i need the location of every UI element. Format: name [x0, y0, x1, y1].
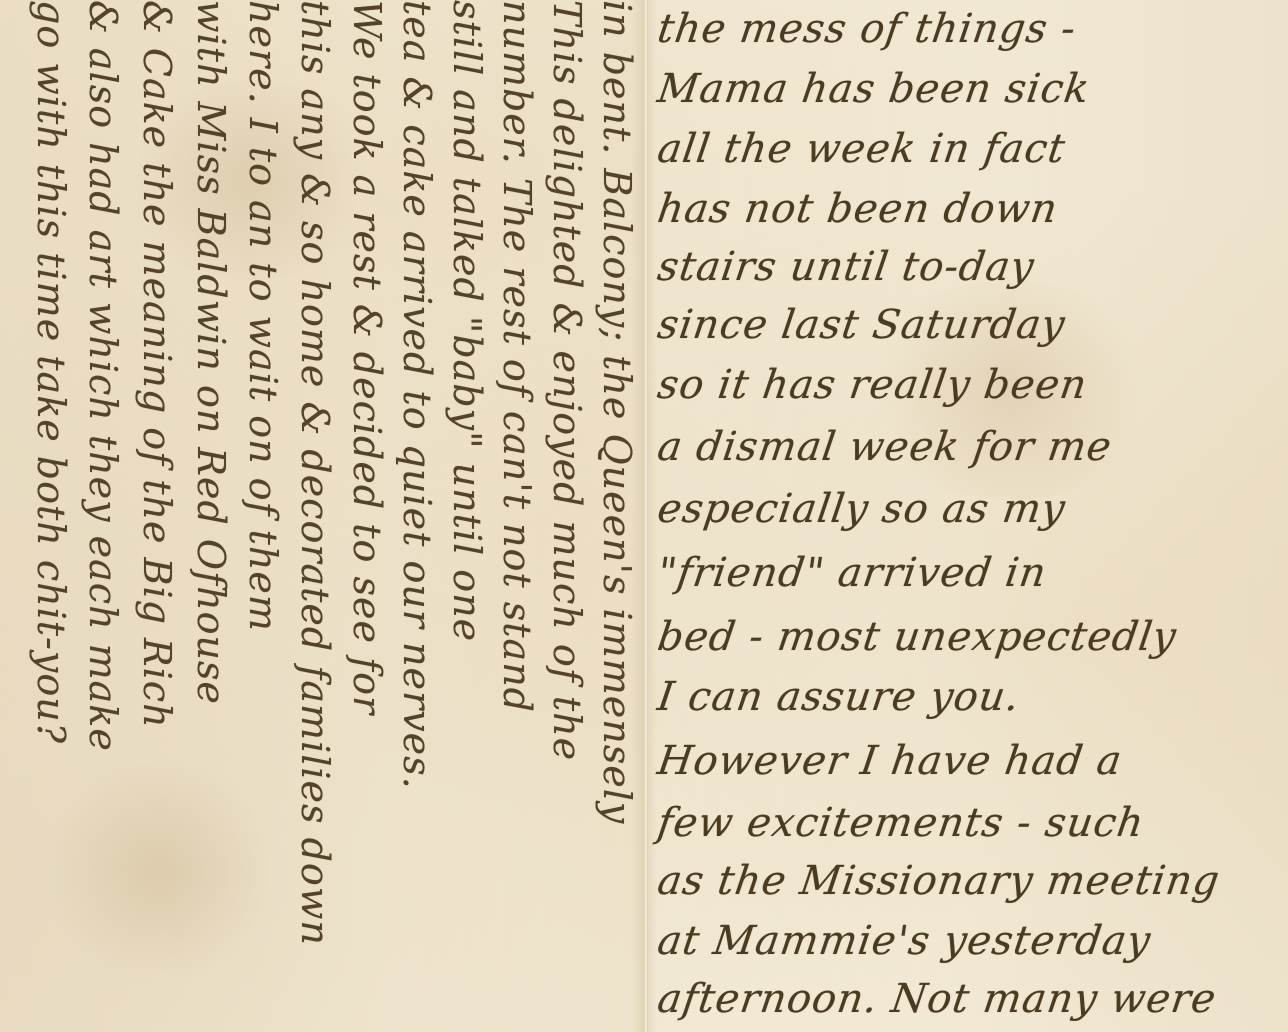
left-line-2: This delighted & enjoyed much of the — [544, 0, 590, 1032]
right-line-4: has not been down — [655, 186, 1288, 232]
right-line-6: since last Saturday — [655, 302, 1288, 348]
right-line-5: stairs until to-day — [655, 244, 1288, 290]
right-line-11: bed - most unexpectedly — [655, 614, 1288, 660]
right-line-8: a dismal week for me — [655, 424, 1288, 470]
left-page: in bent. Balcony; the Queen's immensely … — [0, 0, 644, 1032]
left-line-1: in bent. Balcony; the Queen's immensely — [594, 0, 640, 1032]
left-line-12: go with this time take both chit-you? — [28, 0, 74, 1032]
right-line-15: as the Missionary meeting — [655, 858, 1288, 904]
left-line-11: & also had art which they each make — [80, 0, 126, 1032]
left-line-5: tea & cake arrived to quiet our nerves. — [394, 0, 440, 1032]
left-line-9: with Miss Baldwin on Red Ofhouse — [188, 0, 234, 1032]
left-line-4: still and talked "baby" until one — [444, 0, 490, 1032]
right-line-17: afternoon. Not many were — [655, 976, 1288, 1022]
left-line-7: this any & so home & decorated families … — [292, 0, 338, 1032]
right-page: the mess of things - Mama has been sick … — [648, 0, 1288, 1032]
right-line-7: so it has really been — [655, 362, 1288, 408]
right-line-2: Mama has been sick — [655, 66, 1288, 112]
right-line-14: few excitements - such — [655, 800, 1288, 846]
right-line-12: I can assure you. — [655, 674, 1288, 720]
right-line-3: all the week in fact — [655, 126, 1288, 172]
right-line-10: "friend" arrived in — [655, 550, 1288, 596]
left-line-6: We took a rest & decided to see for — [344, 0, 390, 1032]
right-line-1: the mess of things - — [655, 6, 1288, 52]
right-line-13: However I have had a — [655, 738, 1288, 784]
right-line-9: especially so as my — [655, 486, 1288, 532]
left-line-3: number. The rest of can't not stand — [494, 0, 540, 1032]
left-line-8: here. I to an to wait on of them — [240, 0, 286, 1032]
right-line-16: at Mammie's yesterday — [655, 918, 1288, 964]
left-line-10: & Cake the meaning of the Big Rich — [134, 0, 180, 1032]
letter-spread: in bent. Balcony; the Queen's immensely … — [0, 0, 1288, 1032]
